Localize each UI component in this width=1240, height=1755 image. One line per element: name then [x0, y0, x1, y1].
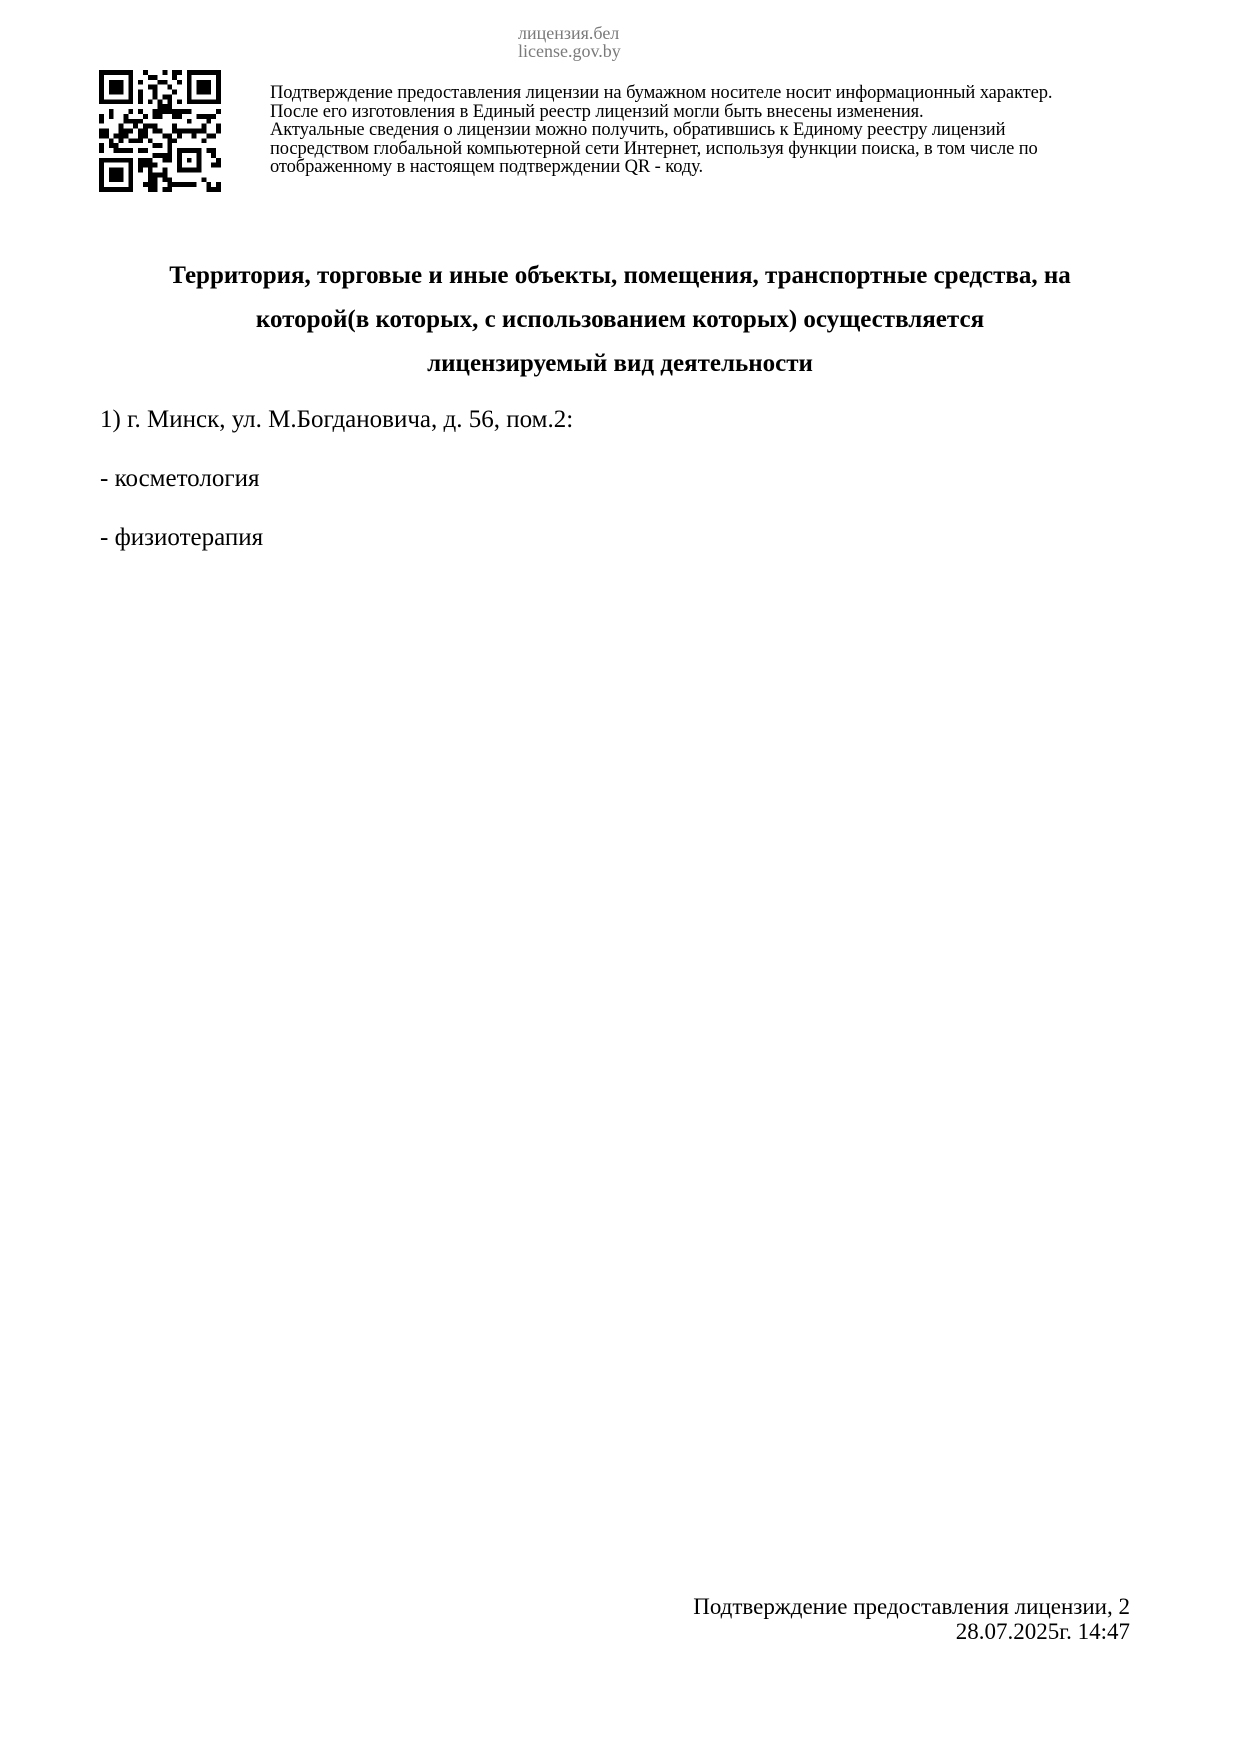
title-line: лицензируемый вид деятельности	[60, 342, 1180, 386]
notice-line: Подтверждение предоставления лицензии на…	[270, 84, 1200, 103]
footer-timestamp: 28.07.2025г. 14:47	[693, 1619, 1130, 1644]
notice-line: отображенному в настоящем подтверждении …	[270, 158, 1200, 177]
address-line: 1) г. Минск, ул. М.Богдановича, д. 56, п…	[100, 405, 573, 435]
notice-line: После его изготовления в Единый реестр л…	[270, 103, 1200, 122]
site-link-gov-by[interactable]: license.gov.by	[518, 42, 621, 60]
notice-line: посредством глобальной компьютерной сети…	[270, 140, 1200, 159]
site-link-bel[interactable]: лицензия.бел	[518, 24, 621, 42]
title-line: Территория, торговые и иные объекты, пом…	[60, 254, 1180, 298]
footer-doc-label: Подтверждение предоставления лицензии, 2	[693, 1594, 1130, 1619]
title-line: которой(в которых, с использованием кото…	[60, 298, 1180, 342]
activity-item: - физиотерапия	[100, 523, 263, 553]
section-title: Территория, торговые и иные объекты, пом…	[60, 254, 1180, 386]
page-footer: Подтверждение предоставления лицензии, 2…	[693, 1594, 1130, 1644]
notice-line: Актуальные сведения о лицензии можно пол…	[270, 121, 1200, 140]
activity-item: - косметология	[100, 464, 259, 494]
info-notice: Подтверждение предоставления лицензии на…	[270, 84, 1200, 177]
qr-code-icon	[99, 70, 221, 192]
site-links: лицензия.бел license.gov.by	[518, 24, 621, 60]
